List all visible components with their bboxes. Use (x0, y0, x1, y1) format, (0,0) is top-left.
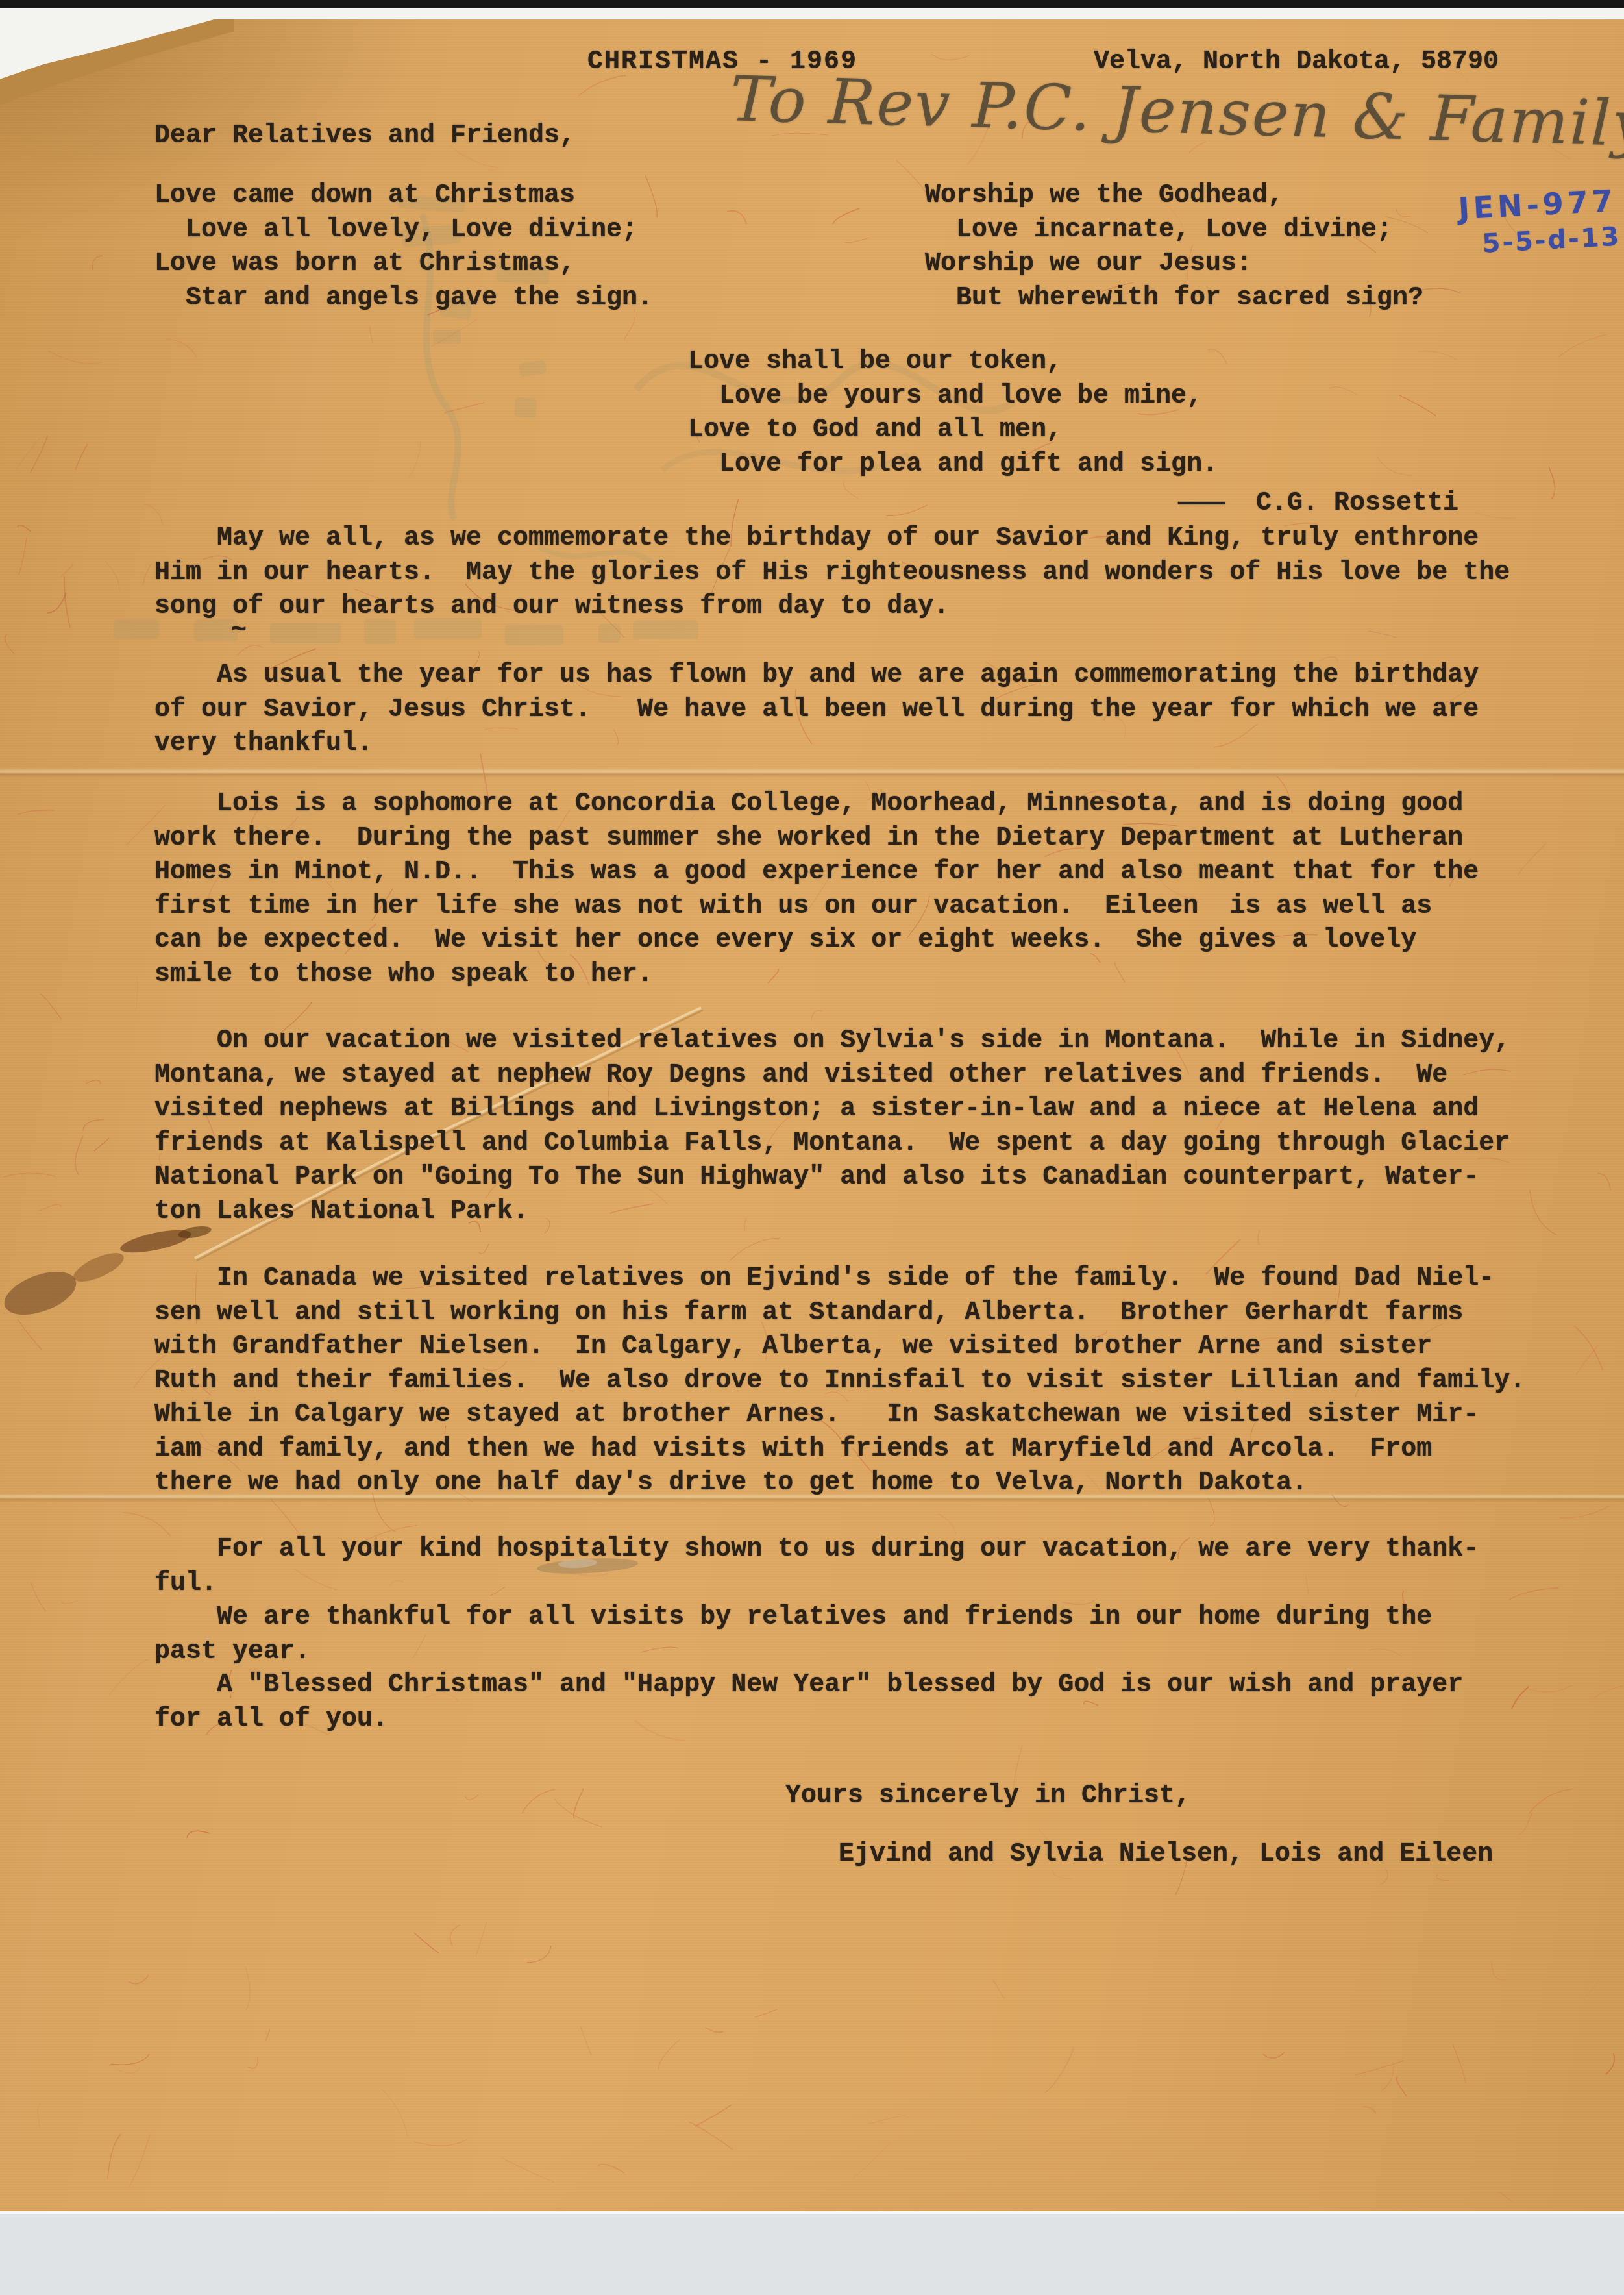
paragraph-blessed-christmas: A "Blessed Christmas" and "Happy New Yea… (154, 1669, 1463, 1737)
carol-stanza-right: Worship we the Godhead, Love incarnate, … (925, 179, 1423, 316)
closing-line: Yours sincerely in Christ, (785, 1780, 1190, 1814)
signature-line: Ejvind and Sylvia Nielsen, Lois and Eile… (839, 1838, 1493, 1872)
paragraph-lois-eileen: Lois is a sophomore at Concordia College… (154, 788, 1479, 992)
carol-stanza-center: Love shall be our token, Love be yours a… (688, 345, 1218, 482)
archival-catalog-code: JEN-977 5-5-d-13 (1457, 183, 1621, 260)
paragraph-year-flown: As usual the year for us has flown by an… (154, 659, 1479, 762)
typed-tilde-mark: ~ (231, 614, 247, 649)
paragraph-canada-visits: In Canada we visited relatives on Ejvind… (154, 1262, 1525, 1501)
fold-crease-upper (0, 768, 1624, 777)
paragraph-home-visits: We are thankful for all visits by relati… (154, 1601, 1432, 1669)
paragraph-montana-vacation: On our vacation we visited relatives on … (154, 1024, 1510, 1229)
paragraph-hospitality: For all your kind hospitality shown to u… (154, 1533, 1479, 1601)
scanner-backing-top (0, 8, 1624, 19)
scanner-top-edge (0, 0, 1624, 8)
poem-attribution: ——— C.G. Rossetti (1178, 487, 1458, 521)
catalog-code-line1: JEN-977 (1457, 183, 1619, 227)
paragraph-enthrone: May we all, as we commemorate the birthd… (154, 522, 1510, 625)
salutation: Dear Relatives and Friends, (154, 119, 575, 154)
carol-stanza-left: Love came down at Christmas Love all lov… (154, 179, 653, 316)
scanner-backing-bottom (0, 2211, 1624, 2295)
